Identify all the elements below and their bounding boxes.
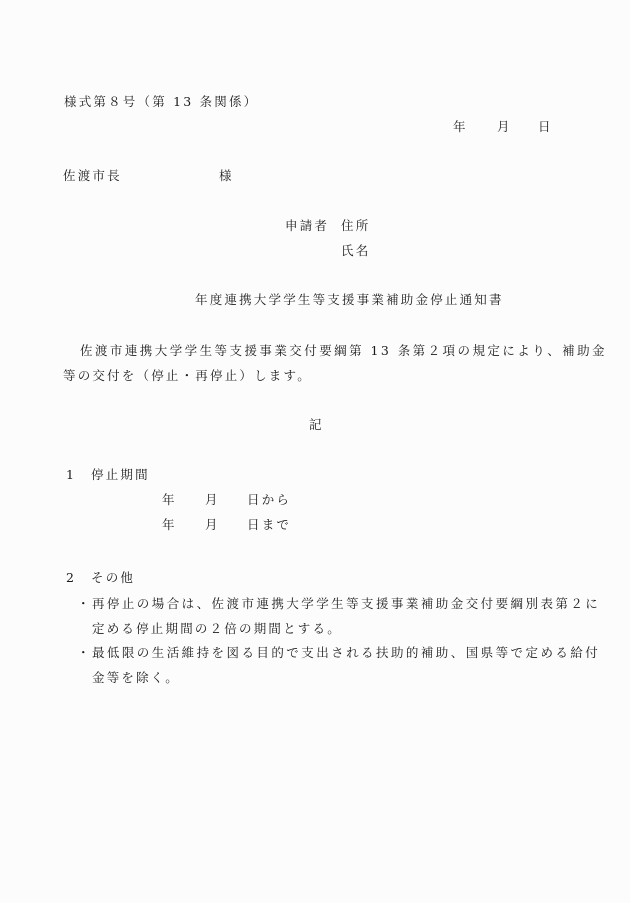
- bullet-2-line-2: 金等を除く。: [92, 670, 180, 686]
- body-line-2: 等の交付を（停止・再停止）します。: [63, 368, 312, 384]
- bullet-1-line-1: ・再停止の場合は、佐渡市連携大学学生等支援事業補助金交付要綱別表第２に: [77, 596, 600, 612]
- period-from-year: 年: [162, 492, 177, 508]
- section-number: 1: [66, 467, 76, 483]
- period-to-day: 日まで: [247, 517, 291, 533]
- applicant-name-label: 氏名: [341, 243, 370, 259]
- period-from-month: 月: [205, 492, 220, 508]
- addressee-honorific: 様: [219, 168, 234, 184]
- applicant-address-label: 住所: [341, 218, 370, 234]
- applicant-label: 申請者: [285, 218, 329, 234]
- section-heading: 停止期間: [91, 467, 150, 483]
- bullet-2-line-1: ・最低限の生活維持を図る目的で支出される扶助的補助、国県等で定める給付: [77, 645, 600, 661]
- document-title: 年度連携大学学生等支援事業補助金停止通知書: [195, 292, 504, 308]
- period-to-year: 年: [162, 517, 177, 533]
- addressee-name: 佐渡市長: [63, 168, 122, 184]
- period-to-month: 月: [205, 517, 220, 533]
- section-heading: その他: [91, 570, 135, 586]
- period-from-day: 日から: [247, 492, 291, 508]
- date-day: 日: [538, 119, 553, 135]
- ki-heading: 記: [309, 417, 324, 433]
- date-year: 年: [453, 119, 468, 135]
- section-number: 2: [66, 570, 76, 586]
- date-month: 月: [497, 119, 512, 135]
- form-number: 様式第８号（第 13 条関係）: [64, 94, 258, 110]
- body-line-1: 佐渡市連携大学学生等支援事業交付要綱第 13 条第２項の規定により、補助金: [80, 343, 607, 359]
- bullet-1-line-2: 定める停止期間の２倍の期間とする。: [92, 621, 342, 637]
